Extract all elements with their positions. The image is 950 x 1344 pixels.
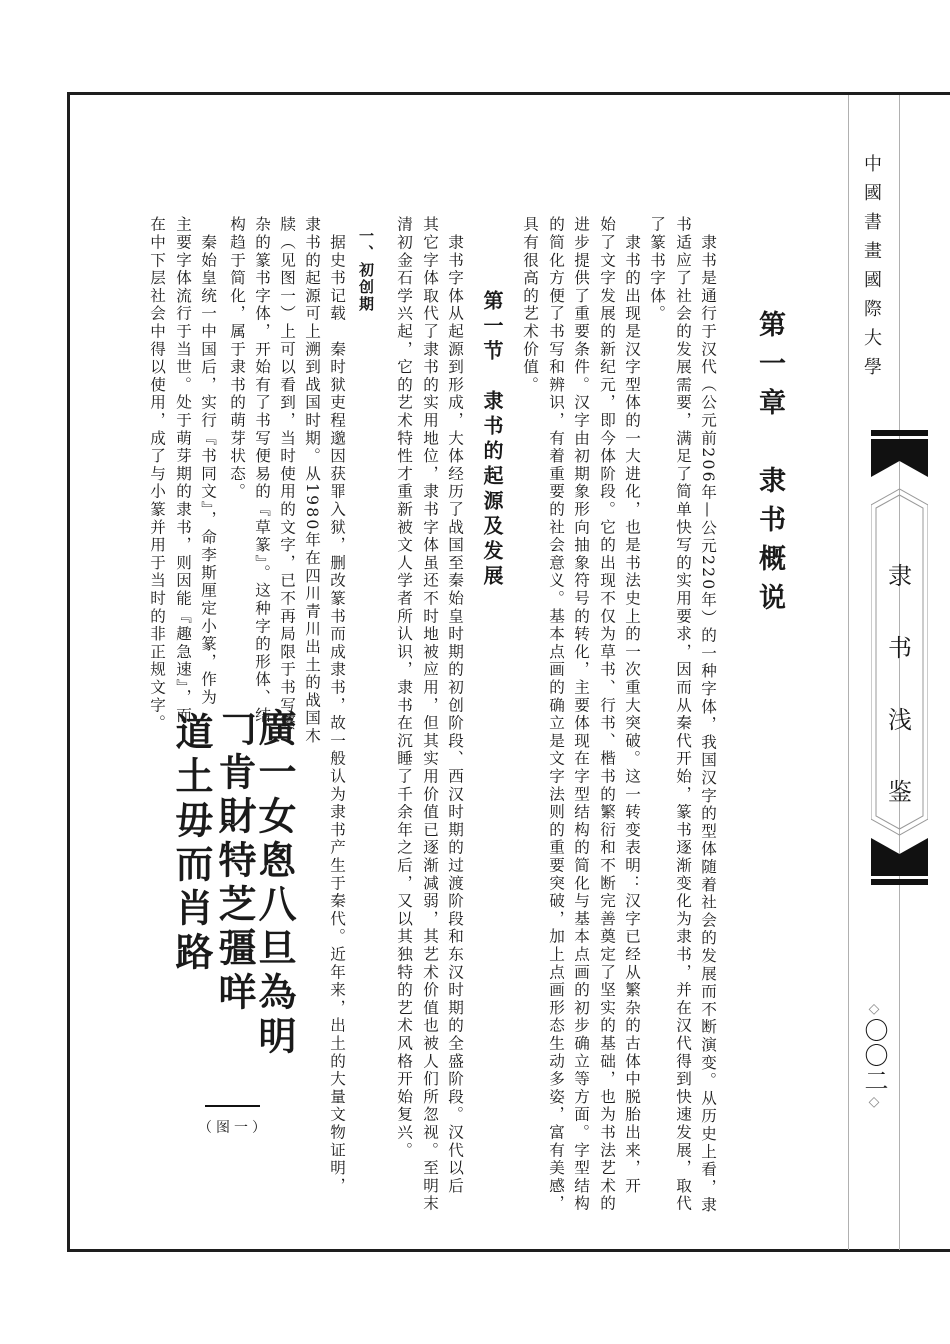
ribbon-top-bar — [871, 430, 928, 436]
book-title-char: 隶 — [880, 540, 920, 612]
paragraph-column: 进步提供了重要条件。汉字由初期象形向抽象符号的转化，主要体现在字型结构的简化与基… — [570, 216, 592, 1213]
paragraph-column: 书适应了社会的发展需要，满足了简单快写的实用要求，因而从秦代开始，篆书逐渐变化为… — [672, 216, 694, 1213]
paragraph-column: 在中下层社会中得以使用，成了与小篆并用于当时的非正规文字。 — [146, 216, 168, 732]
paragraph-column: 构趋于简化，属于隶书的萌芽状态。 — [226, 216, 248, 501]
book-title: 隶 书 浅 鉴 — [880, 540, 920, 828]
univ-char: 學 — [860, 353, 886, 382]
paragraph-column: 隶书是通行于汉代（公元前206年—公元220年）的一种字体，我国汉字的型体随着社… — [697, 216, 719, 1214]
paragraph-column: 隶书字体从起源到形成，大体经历了战国至秦始皇时期的初创阶段、西汉时期的过渡阶段和… — [444, 216, 466, 1195]
univ-char: 國 — [860, 179, 886, 208]
diamond-icon: ◇ — [862, 1093, 886, 1111]
paragraph-column: 隶书的起源可上溯到战国时期。从1980年在四川青川出土的战国木 — [301, 216, 323, 745]
university-name: 中 國 書 畫 國 際 大 學 — [860, 150, 886, 382]
univ-char: 大 — [860, 324, 886, 353]
page-frame-left-border — [67, 92, 70, 1252]
ribbon-bottom-bar — [871, 879, 928, 885]
paragraph-column: 秦始皇统一中国后，实行『书同文』，命李斯厘定小篆，作为 — [197, 216, 219, 707]
univ-char: 際 — [860, 295, 886, 324]
figure-calligraphy-column: 廣一女悤八旦為明 — [253, 708, 295, 1060]
page-number-value: 〇〇二 — [862, 1018, 886, 1093]
paragraph-column: 杂的篆书字体，开始有了书写便易的『草篆』。这种字的形体、结 — [251, 216, 273, 724]
figure-underline — [205, 1105, 260, 1107]
paragraph-column: 据史书记载 秦时狱吏程邈因获罪入狱，删改篆书而成隶书，故一般认为隶书产生于秦代。… — [326, 216, 348, 1195]
diamond-icon: ◇ — [862, 1000, 886, 1018]
paragraph-column: 的简化方便了书写和辨识，有着重要的社会意义。基本点画的确立是文字法则的重要突破，… — [545, 216, 567, 1213]
figure-calligraphy-column: 𠃌肯財特芝彊咩 — [213, 708, 255, 1016]
page-number: ◇ 〇〇二 ◇ — [862, 1000, 886, 1111]
book-title-char: 书 — [880, 612, 920, 684]
univ-char: 中 — [860, 150, 886, 179]
paragraph-column: 清初金石学兴起，它的艺术特性才重新被文人学者所认识，隶书在沉睡了千余年之后，又以… — [393, 216, 415, 1159]
paragraph-column: 主要字体流行于当世。处于萌芽期的隶书，则因能『趣急速』，而 — [172, 216, 194, 724]
paragraph-column: 隶书的出现是汉字型体的一大进化，也是书法史上的一次重大突破。这一转变表明：汉字已… — [621, 216, 643, 1195]
paragraph-column: 具有很高的艺术价值。 — [519, 216, 541, 394]
page-frame-top-border — [67, 92, 950, 95]
book-title-char: 鉴 — [880, 756, 920, 828]
paragraph-column: 始了文字发展的新纪元，即今体阶段。它的出现不仅为草书、行书、楷书的繁衍和不断完善… — [596, 216, 618, 1213]
figure-calligraphy-column: 道土毋而肖路 — [170, 712, 212, 976]
chapter-title: 第一章 隶书概说 — [750, 310, 789, 622]
page-frame-bottom-border — [67, 1249, 950, 1252]
book-title-char: 浅 — [880, 684, 920, 756]
ribbon-bottom-chevron-icon — [871, 838, 928, 876]
subsection-title: 一、初创期 — [356, 228, 377, 313]
paragraph-column: 了篆书字体。 — [646, 216, 668, 323]
figure-caption: （图一） — [198, 1117, 270, 1137]
ribbon-top-chevron-icon — [871, 439, 928, 477]
univ-char: 畫 — [860, 237, 886, 266]
univ-char: 書 — [860, 208, 886, 237]
sidebar-rule-left — [848, 95, 849, 1250]
section-title: 第一节 隶书的起源及发展 — [478, 290, 507, 590]
paragraph-column: 牍（见图一）上可以看到，当时使用的文字，已不再局限于书写繁 — [276, 216, 298, 732]
univ-char: 國 — [860, 266, 886, 295]
paragraph-column: 其它字体取代了隶书的实用地位，隶书字体虽还不时地被应用，但其实用价值已逐渐减弱，… — [419, 216, 441, 1213]
